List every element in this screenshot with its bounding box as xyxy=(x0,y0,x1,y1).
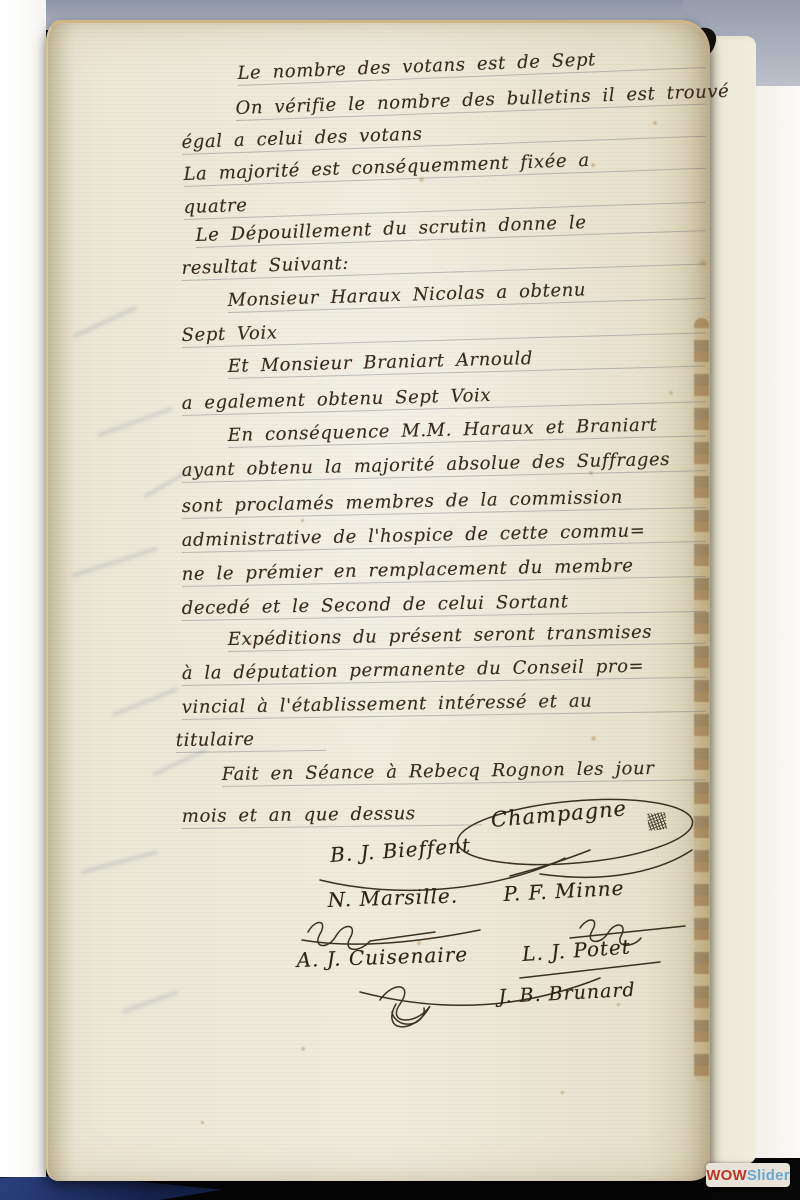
crosshatch-flourish xyxy=(647,812,667,831)
manuscript-line: titulaire xyxy=(176,719,326,753)
foxing-spot xyxy=(300,1046,306,1052)
foxing-spot xyxy=(590,735,597,742)
watermark-slider-text: Slider xyxy=(747,1167,790,1184)
foxing-spot xyxy=(560,1090,565,1095)
wowslider-watermark[interactable]: WOWSlider xyxy=(706,1163,790,1187)
photo-of-manuscript: Le nombre des votans est de Sept On véri… xyxy=(0,0,800,1200)
signature-flourishes xyxy=(180,780,720,1040)
right-white-border xyxy=(752,86,800,1158)
left-white-border xyxy=(0,0,46,1177)
foxing-spot xyxy=(200,1120,205,1125)
watermark-wow-text: WOW xyxy=(706,1167,747,1184)
